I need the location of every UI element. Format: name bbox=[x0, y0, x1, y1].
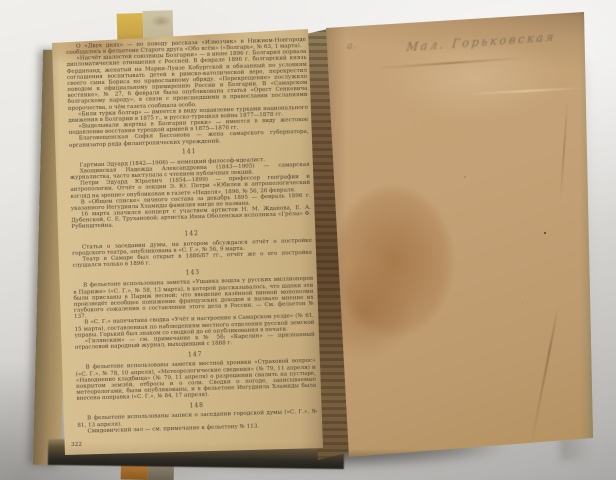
bookmark-tab-pale-part bbox=[143, 10, 174, 41]
cover-crease bbox=[560, 100, 568, 200]
pencil-inscription-fragment: а. bbox=[346, 41, 357, 52]
cover-corner-crease bbox=[531, 305, 560, 443]
left-page: О «Двух днях» — по поводу рассказа «Изво… bbox=[44, 24, 326, 462]
note-paragraph: В фельетоне использованы заметки местной… bbox=[76, 358, 317, 402]
cover-specks bbox=[544, 232, 546, 234]
pencil-inscription-text: Мал. Горьковская bbox=[406, 29, 557, 54]
notes-text-block: О «Двух днях» — по поводу рассказа «Изво… bbox=[66, 37, 318, 448]
note-paragraph: «Насчёт шалостей союзницы Болгарии» — в … bbox=[66, 49, 308, 112]
photo-of-open-book: а. Мал. Горьковская О «Двух днях» — по п… bbox=[0, 0, 616, 480]
page-number: 322 bbox=[71, 435, 318, 448]
bookmark-tab-yellow-part bbox=[117, 13, 144, 42]
cover-crease bbox=[466, 87, 586, 95]
inside-back-cover: а. Мал. Горьковская bbox=[316, 4, 602, 464]
pencil-inscription: а. Мал. Горьковская bbox=[336, 17, 590, 75]
